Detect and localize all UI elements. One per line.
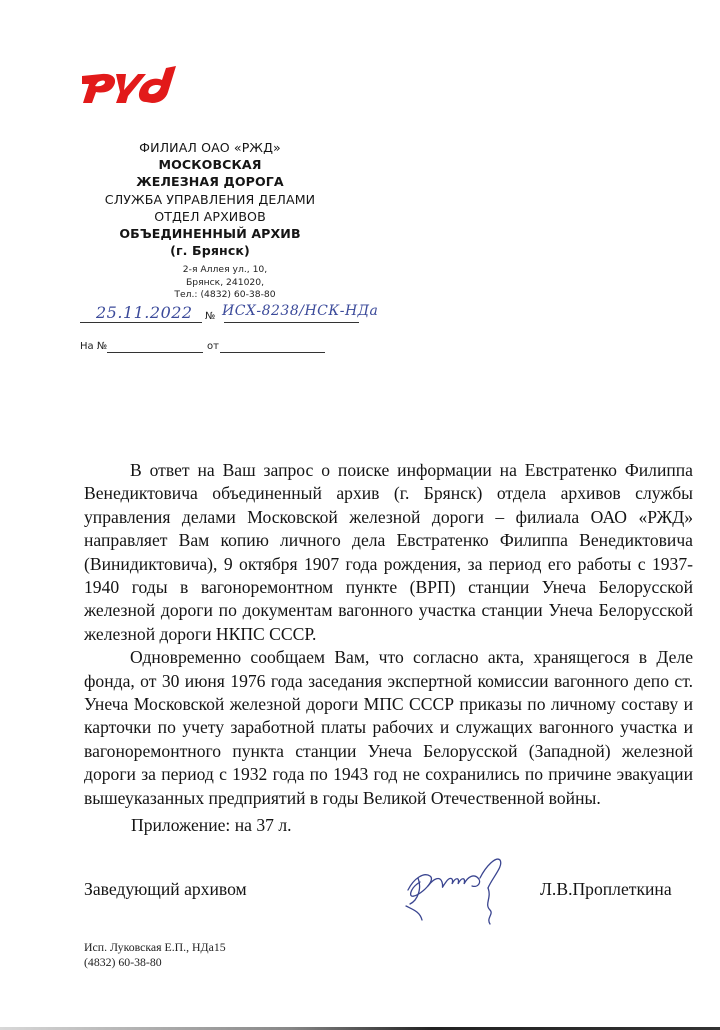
executor-info: Исп. Луковская Е.П., НДа15 (4832) 60-38-… [84, 940, 226, 970]
letter-page: ФИЛИАЛ ОАО «РЖД» МОСКОВСКАЯ ЖЕЛЕЗНАЯ ДОР… [0, 0, 720, 1030]
outgoing-date: 25.11.2022 [96, 303, 193, 322]
header-line: ЖЕЛЕЗНАЯ ДОРОГА [90, 173, 330, 190]
reference-date-line [220, 352, 325, 353]
address-city: Брянск, 241020, [150, 277, 300, 290]
header-line: МОСКОВСКАЯ [90, 156, 330, 173]
reference-number-line [107, 352, 203, 353]
reference-number-label: На № [80, 341, 107, 352]
header-line: ОБЪЕДИНЕННЫЙ АРХИВ [90, 225, 330, 242]
address-phone: Тел.: (4832) 60-38-80 [150, 289, 300, 302]
body-paragraph: В ответ на Ваш запрос о поиске информаци… [84, 459, 693, 646]
date-underline [80, 322, 202, 323]
body-paragraph: Одновременно сообщаем Вам, что согласно … [84, 646, 693, 810]
organization-address: 2-я Аллея ул., 10, Брянск, 241020, Тел.:… [150, 264, 300, 302]
header-line: ОТДЕЛ АРХИВОВ [90, 208, 330, 225]
address-street: 2-я Аллея ул., 10, [150, 264, 300, 277]
header-line: ФИЛИАЛ ОАО «РЖД» [90, 139, 330, 156]
executor-name: Исп. Луковская Е.П., НДа15 [84, 940, 226, 955]
number-underline [224, 322, 359, 323]
rzd-logo-icon [80, 62, 180, 104]
organization-header: ФИЛИАЛ ОАО «РЖД» МОСКОВСКАЯ ЖЕЛЕЗНАЯ ДОР… [90, 139, 330, 259]
letter-body: В ответ на Ваш запрос о поиске информаци… [84, 459, 693, 810]
signer-title: Заведующий архивом [84, 879, 247, 900]
header-line: СЛУЖБА УПРАВЛЕНИЯ ДЕЛАМИ [90, 191, 330, 208]
header-line: (г. Брянск) [90, 242, 330, 259]
reference-date-label: от [207, 341, 219, 352]
attachment-note: Приложение: на 37 л. [131, 815, 292, 836]
signer-name: Л.В.Проплеткина [540, 879, 672, 900]
handwritten-signature-icon [400, 848, 530, 928]
executor-phone: (4832) 60-38-80 [84, 955, 226, 970]
number-label: № [205, 311, 215, 322]
outgoing-number: ИСХ-8238/НСК-НДа [222, 303, 378, 319]
